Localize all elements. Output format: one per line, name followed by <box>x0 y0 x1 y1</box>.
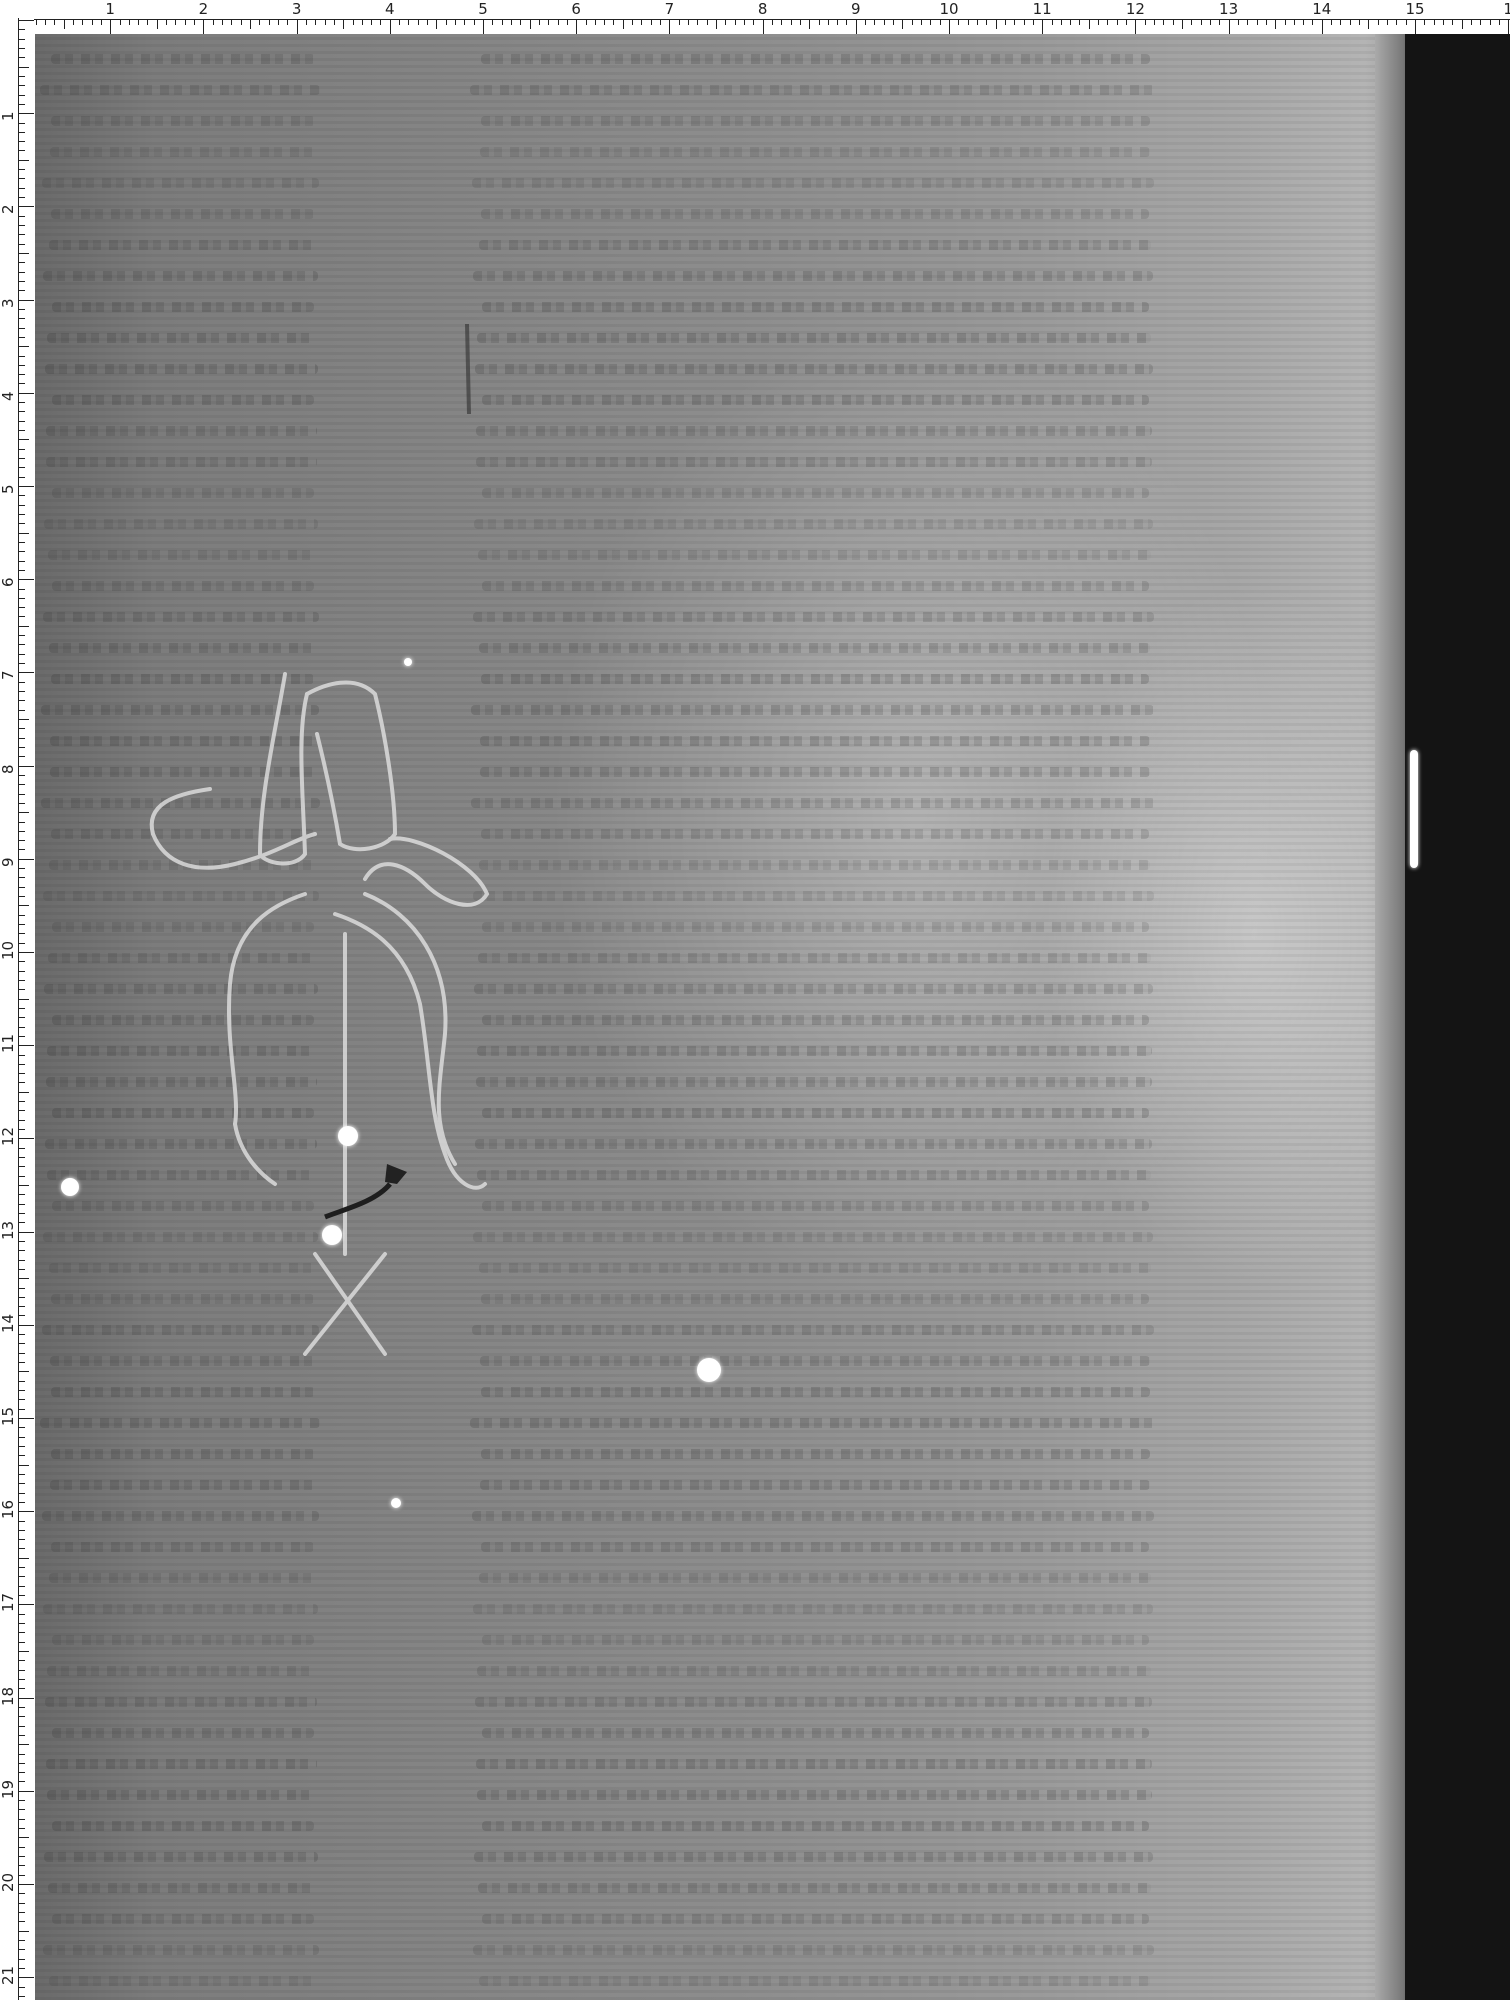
ruler-tick <box>18 346 29 347</box>
ruler-tick <box>18 1446 25 1447</box>
ruler-tick <box>18 1474 25 1475</box>
ruler-tick <box>1126 19 1127 25</box>
ruler-tick <box>18 1893 25 1894</box>
ruler-label: 5 <box>0 484 16 494</box>
ruler-tick <box>18 421 25 422</box>
ruler-tick <box>18 551 25 552</box>
ruler-tick <box>18 374 25 375</box>
ruler-tick <box>18 169 25 170</box>
ruler-tick <box>18 1856 25 1857</box>
ruler-tick <box>1275 19 1276 29</box>
ruler-tick <box>18 1763 25 1764</box>
ruler-tick <box>18 1959 25 1960</box>
ruler-tick <box>18 598 25 599</box>
ruler-tick <box>18 738 25 739</box>
ruler-tick <box>18 365 25 366</box>
ruler-tick <box>18 430 25 431</box>
ruler-tick <box>157 19 158 29</box>
ruler-tick <box>520 19 521 25</box>
ruler-tick <box>18 1157 25 1158</box>
ruler-tick <box>18 1232 34 1233</box>
ruler-tick <box>18 1530 25 1531</box>
ruler-tick <box>1229 19 1230 34</box>
ruler-tick <box>18 1865 25 1866</box>
ruler-tick <box>18 95 25 96</box>
ruler-tick <box>18 728 25 729</box>
ruler-tick <box>1024 19 1025 25</box>
ruler-label: 10 <box>939 1 958 17</box>
ruler-tick <box>846 19 847 25</box>
ruler-tick <box>18 877 25 878</box>
ruler-label: 5 <box>478 1 488 17</box>
ruler-tick <box>18 1409 25 1410</box>
ruler-label: 14 <box>1312 1 1331 17</box>
ruler-tick <box>18 1455 25 1456</box>
ruler-tick <box>325 19 326 25</box>
ruler-tick <box>297 19 298 34</box>
ruler-tick <box>1098 19 1099 25</box>
ruler-tick <box>18 672 34 673</box>
ruler-tick <box>18 710 25 711</box>
ruler-tick <box>18 318 25 319</box>
ruler-tick <box>1089 19 1090 29</box>
ruler-tick <box>18 1977 34 1978</box>
ruler-label: 15 <box>1405 1 1424 17</box>
ruler-label: 12 <box>1126 1 1145 17</box>
ruler-label: 15 <box>0 1407 16 1426</box>
ruler-tick <box>18 1987 25 1988</box>
ruler-tick <box>18 589 25 590</box>
ruler-label: 9 <box>0 857 16 867</box>
ruler-tick <box>586 19 587 25</box>
ruler-tick <box>772 19 773 25</box>
ruler-tick <box>1219 19 1220 25</box>
ruler-tick <box>18 393 34 394</box>
ruler-tick <box>800 19 801 25</box>
ruler-tick <box>18 887 25 888</box>
ruler-tick <box>595 19 596 25</box>
ruler-tick <box>18 1017 25 1018</box>
ruler-tick <box>474 19 475 25</box>
ruler-tick <box>18 132 25 133</box>
ruler-label: 3 <box>292 1 302 17</box>
ruler-tick <box>18 1493 25 1494</box>
ruler-tick <box>18 691 25 692</box>
figure-drawing <box>35 34 1510 2000</box>
ruler-tick <box>18 1968 25 1969</box>
ruler-tick <box>18 57 25 58</box>
ruler-tick <box>18 383 25 384</box>
ruler-tick <box>166 19 167 25</box>
ruler-label: 13 <box>1219 1 1238 17</box>
ruler-tick <box>18 1670 25 1671</box>
ruler-tick <box>18 775 25 776</box>
ruler-tick <box>18 533 29 534</box>
top-ruler-baseline <box>18 19 1510 20</box>
ruler-tick <box>101 19 102 25</box>
ruler-tick <box>930 19 931 25</box>
ruler-tick <box>18 933 25 934</box>
ruler-tick <box>18 1027 25 1028</box>
ruler-tick <box>18 225 25 226</box>
ruler-tick <box>18 197 25 198</box>
ruler-tick <box>18 141 25 142</box>
ruler-tick <box>18 1297 25 1298</box>
ruler-tick <box>1107 19 1108 25</box>
ruler-tick <box>1406 19 1407 25</box>
ruler-tick <box>436 19 437 29</box>
ruler-tick <box>408 19 409 25</box>
ruler-tick <box>18 626 29 627</box>
ruler-tick <box>18 486 34 487</box>
ruler-tick <box>18 579 34 580</box>
ruler-tick <box>315 19 316 25</box>
ruler-label: 4 <box>385 1 395 17</box>
top-ruler: 01234567891011121314151 <box>0 0 1510 34</box>
ruler-tick <box>18 1744 29 1745</box>
ruler-tick <box>18 943 25 944</box>
ruler-tick <box>241 19 242 25</box>
ruler-tick <box>18 1940 25 1941</box>
white-spot <box>322 1225 342 1245</box>
ruler-tick <box>18 1819 25 1820</box>
ruler-tick <box>18 337 25 338</box>
ruler-tick <box>18 1502 25 1503</box>
ruler-tick <box>18 1064 25 1065</box>
ruler-tick <box>18 1716 25 1717</box>
ruler-tick <box>18 812 29 813</box>
ruler-tick <box>18 1651 29 1652</box>
ruler-tick <box>371 19 372 25</box>
ruler-tick <box>1424 19 1425 25</box>
ruler-tick <box>744 19 745 25</box>
ruler-tick <box>18 1707 25 1708</box>
ruler-label: 13 <box>0 1221 16 1240</box>
ruler-tick <box>1014 19 1015 25</box>
ruler-tick <box>464 19 465 25</box>
ruler-tick <box>623 19 624 29</box>
ruler-tick <box>418 19 419 25</box>
ruler-tick <box>837 19 838 25</box>
ruler-tick <box>18 262 25 263</box>
ruler-tick <box>18 234 25 235</box>
ruler-tick <box>250 19 251 29</box>
manuscript-scan <box>35 34 1510 2000</box>
ruler-tick <box>18 1399 25 1400</box>
ruler-tick <box>18 1148 25 1149</box>
ruler-tick <box>18 290 25 291</box>
ruler-tick <box>18 905 29 906</box>
ruler-tick <box>18 635 25 636</box>
ruler-tick <box>18 766 34 767</box>
ruler-tick <box>753 19 754 25</box>
ruler-tick <box>18 1483 25 1484</box>
ruler-tick <box>18 188 25 189</box>
white-spot <box>338 1126 358 1146</box>
ruler-tick <box>18 1623 25 1624</box>
ruler-tick <box>893 19 894 25</box>
ruler-tick <box>707 19 708 25</box>
ruler-tick <box>18 840 25 841</box>
ruler-tick <box>18 1269 25 1270</box>
ruler-tick <box>828 19 829 25</box>
ruler-tick <box>18 113 34 114</box>
ruler-tick <box>18 1595 25 1596</box>
ruler-tick <box>18 1073 25 1074</box>
ruler-tick <box>1508 19 1509 34</box>
ruler-tick <box>1490 19 1491 25</box>
ruler-tick <box>18 1921 25 1922</box>
ruler-tick <box>18 1055 25 1056</box>
ruler-label: 7 <box>665 1 675 17</box>
ruler-label: 17 <box>0 1593 16 1612</box>
ruler-label: 4 <box>0 391 16 401</box>
ruler-tick <box>492 19 493 25</box>
ruler-tick <box>18 1045 34 1046</box>
ruler-tick <box>18 1698 34 1699</box>
ruler-tick <box>18 1437 25 1438</box>
ruler-tick <box>18 1828 25 1829</box>
ruler-tick <box>912 19 913 25</box>
ruler-tick <box>18 477 25 478</box>
ruler-tick <box>18 980 25 981</box>
ruler-tick <box>921 19 922 25</box>
ruler-tick <box>1443 19 1444 25</box>
ruler-tick <box>18 1138 34 1139</box>
ruler-tick <box>92 19 93 25</box>
ruler-tick <box>856 19 857 34</box>
ruler-tick <box>940 19 941 25</box>
ruler-tick <box>18 300 34 301</box>
ruler-tick <box>902 19 903 29</box>
ruler-tick <box>18 1334 25 1335</box>
ruler-tick <box>18 924 25 925</box>
ruler-tick <box>874 19 875 25</box>
ruler-tick <box>613 19 614 25</box>
ruler-tick <box>455 19 456 25</box>
ruler-tick <box>18 682 25 683</box>
white-spot <box>404 658 412 666</box>
ruler-tick <box>18 849 25 850</box>
ruler-tick <box>269 19 270 25</box>
ruler-tick <box>399 19 400 25</box>
ruler-tick <box>18 1092 29 1093</box>
ruler-tick <box>18 644 25 645</box>
ruler-tick <box>18 449 25 450</box>
ruler-tick <box>259 19 260 25</box>
ruler-tick <box>511 19 512 25</box>
ruler-tick <box>18 1241 25 1242</box>
left-ruler-baseline <box>18 18 19 2000</box>
ruler-tick <box>18 719 29 720</box>
ruler-tick <box>18 654 25 655</box>
ruler-tick <box>18 747 25 748</box>
ruler-tick <box>1052 19 1053 25</box>
ruler-tick <box>18 48 25 49</box>
ruler-tick <box>1173 19 1174 25</box>
ruler-tick <box>18 1567 25 1568</box>
ruler-tick <box>18 831 25 832</box>
ruler-tick <box>688 19 689 25</box>
ruler-tick <box>725 19 726 25</box>
ruler-tick <box>18 39 25 40</box>
ruler-tick <box>735 19 736 25</box>
ruler-tick <box>1042 19 1043 34</box>
ruler-tick <box>18 1912 25 1913</box>
ruler-label: 1 <box>105 1 115 17</box>
ruler-tick <box>1471 19 1472 25</box>
ruler-tick <box>18 1343 25 1344</box>
ruler-tick <box>18 1521 25 1522</box>
ruler-tick <box>18 1576 25 1577</box>
ruler-tick <box>18 281 25 282</box>
ruler-tick <box>1350 19 1351 25</box>
ruler-tick <box>18 1166 25 1167</box>
ruler-label: 21 <box>0 1966 16 1985</box>
ruler-tick <box>558 19 559 25</box>
ruler-tick <box>18 29 25 30</box>
ruler-tick <box>1387 19 1388 25</box>
ruler-tick <box>18 1110 25 1111</box>
ruler-tick <box>1191 19 1192 25</box>
ruler-label: 11 <box>1033 1 1052 17</box>
ruler-label: 1 <box>1503 1 1510 17</box>
ruler-tick <box>18 1353 25 1354</box>
ruler-tick <box>18 542 25 543</box>
ruler-label: 6 <box>571 1 581 17</box>
ruler-tick <box>809 19 810 29</box>
ruler-label: 1 <box>0 112 16 122</box>
ruler-label: 8 <box>0 764 16 774</box>
ruler-tick <box>1163 19 1164 25</box>
ruler-tick <box>1452 19 1453 25</box>
ruler-tick <box>18 1754 25 1755</box>
ruler-tick <box>18 1278 29 1279</box>
ruler-tick <box>18 1726 25 1727</box>
ruler-tick <box>18 1586 25 1587</box>
ruler-tick <box>18 20 34 21</box>
ruler-tick <box>18 1381 25 1382</box>
ruler-label: 16 <box>0 1500 16 1519</box>
ruler-tick <box>1378 19 1379 25</box>
ruler-tick <box>18 663 25 664</box>
ruler-tick <box>18 561 25 562</box>
ruler-tick <box>194 19 195 25</box>
ruler-label: 3 <box>0 298 16 308</box>
ruler-tick <box>18 756 25 757</box>
ruler-tick <box>18 1558 29 1559</box>
ruler-tick <box>73 19 74 25</box>
ruler-label: 19 <box>0 1780 16 1799</box>
ruler-tick <box>1499 19 1500 25</box>
ruler-tick <box>18 1679 25 1680</box>
ruler-tick <box>18 859 34 860</box>
ruler-tick <box>1462 19 1463 29</box>
ruler-tick <box>343 19 344 29</box>
ruler-tick <box>185 19 186 25</box>
ruler-tick <box>986 19 987 25</box>
ruler-tick <box>18 1082 25 1083</box>
ruler-tick <box>203 19 204 34</box>
ruler-tick <box>18 467 25 468</box>
ruler-tick <box>576 19 577 34</box>
ruler-tick <box>18 616 25 617</box>
ruler-tick <box>18 253 29 254</box>
ruler-tick <box>1434 19 1435 25</box>
ruler-tick <box>18 1949 25 1950</box>
ruler-tick <box>884 19 885 25</box>
ruler-tick <box>18 1781 25 1782</box>
ruler-tick <box>18 822 25 823</box>
ruler-tick <box>865 19 866 25</box>
ruler-tick <box>18 309 25 310</box>
ruler-tick <box>977 19 978 25</box>
ruler-tick <box>18 1931 29 1932</box>
ruler-tick <box>1266 19 1267 25</box>
ruler-tick <box>353 19 354 25</box>
ruler-tick <box>1312 19 1313 25</box>
ruler-tick <box>18 1688 25 1689</box>
ruler-tick <box>18 1511 34 1512</box>
ruler-tick <box>18 1875 25 1876</box>
ruler-tick <box>18 1371 29 1372</box>
ruler-tick <box>1303 19 1304 25</box>
ruler-tick <box>18 160 29 161</box>
ruler-tick <box>129 19 130 25</box>
ruler-tick <box>18 1800 25 1801</box>
ruler-label: 14 <box>0 1314 16 1333</box>
ruler-tick <box>18 1418 34 1419</box>
ruler-tick <box>54 19 55 25</box>
ruler-tick <box>18 794 25 795</box>
ruler-tick <box>697 19 698 25</box>
edge-highlight <box>1410 750 1418 868</box>
ruler-tick <box>390 19 391 34</box>
ruler-tick <box>539 19 540 25</box>
ruler-tick <box>18 1008 25 1009</box>
ruler-tick <box>819 19 820 25</box>
ruler-label: 18 <box>0 1687 16 1706</box>
ruler-tick <box>446 19 447 25</box>
ruler-tick <box>791 19 792 25</box>
ruler-tick <box>1210 19 1211 25</box>
ruler-tick <box>781 19 782 25</box>
ruler-tick <box>530 19 531 29</box>
ruler-tick <box>18 206 34 207</box>
ruler-tick <box>18 76 25 77</box>
ruler-tick <box>996 19 997 29</box>
ruler-tick <box>18 1176 25 1177</box>
ruler-tick <box>1135 19 1136 34</box>
ruler-tick <box>222 19 223 25</box>
ruler-tick <box>18 1362 25 1363</box>
ruler-tick <box>18 1903 25 1904</box>
ruler-tick <box>18 1194 25 1195</box>
ruler-tick <box>18 1315 25 1316</box>
ruler-tick <box>18 1884 34 1885</box>
ruler-tick <box>1396 19 1397 25</box>
ruler-tick <box>231 19 232 25</box>
ruler-tick <box>1201 19 1202 25</box>
ruler-tick <box>18 896 25 897</box>
ruler-tick <box>306 19 307 25</box>
ruler-tick <box>18 85 25 86</box>
ruler-tick <box>334 19 335 25</box>
ruler-tick <box>763 19 764 34</box>
ruler-tick <box>427 19 428 25</box>
ruler-tick <box>18 1837 29 1838</box>
ruler-tick <box>18 1288 25 1289</box>
